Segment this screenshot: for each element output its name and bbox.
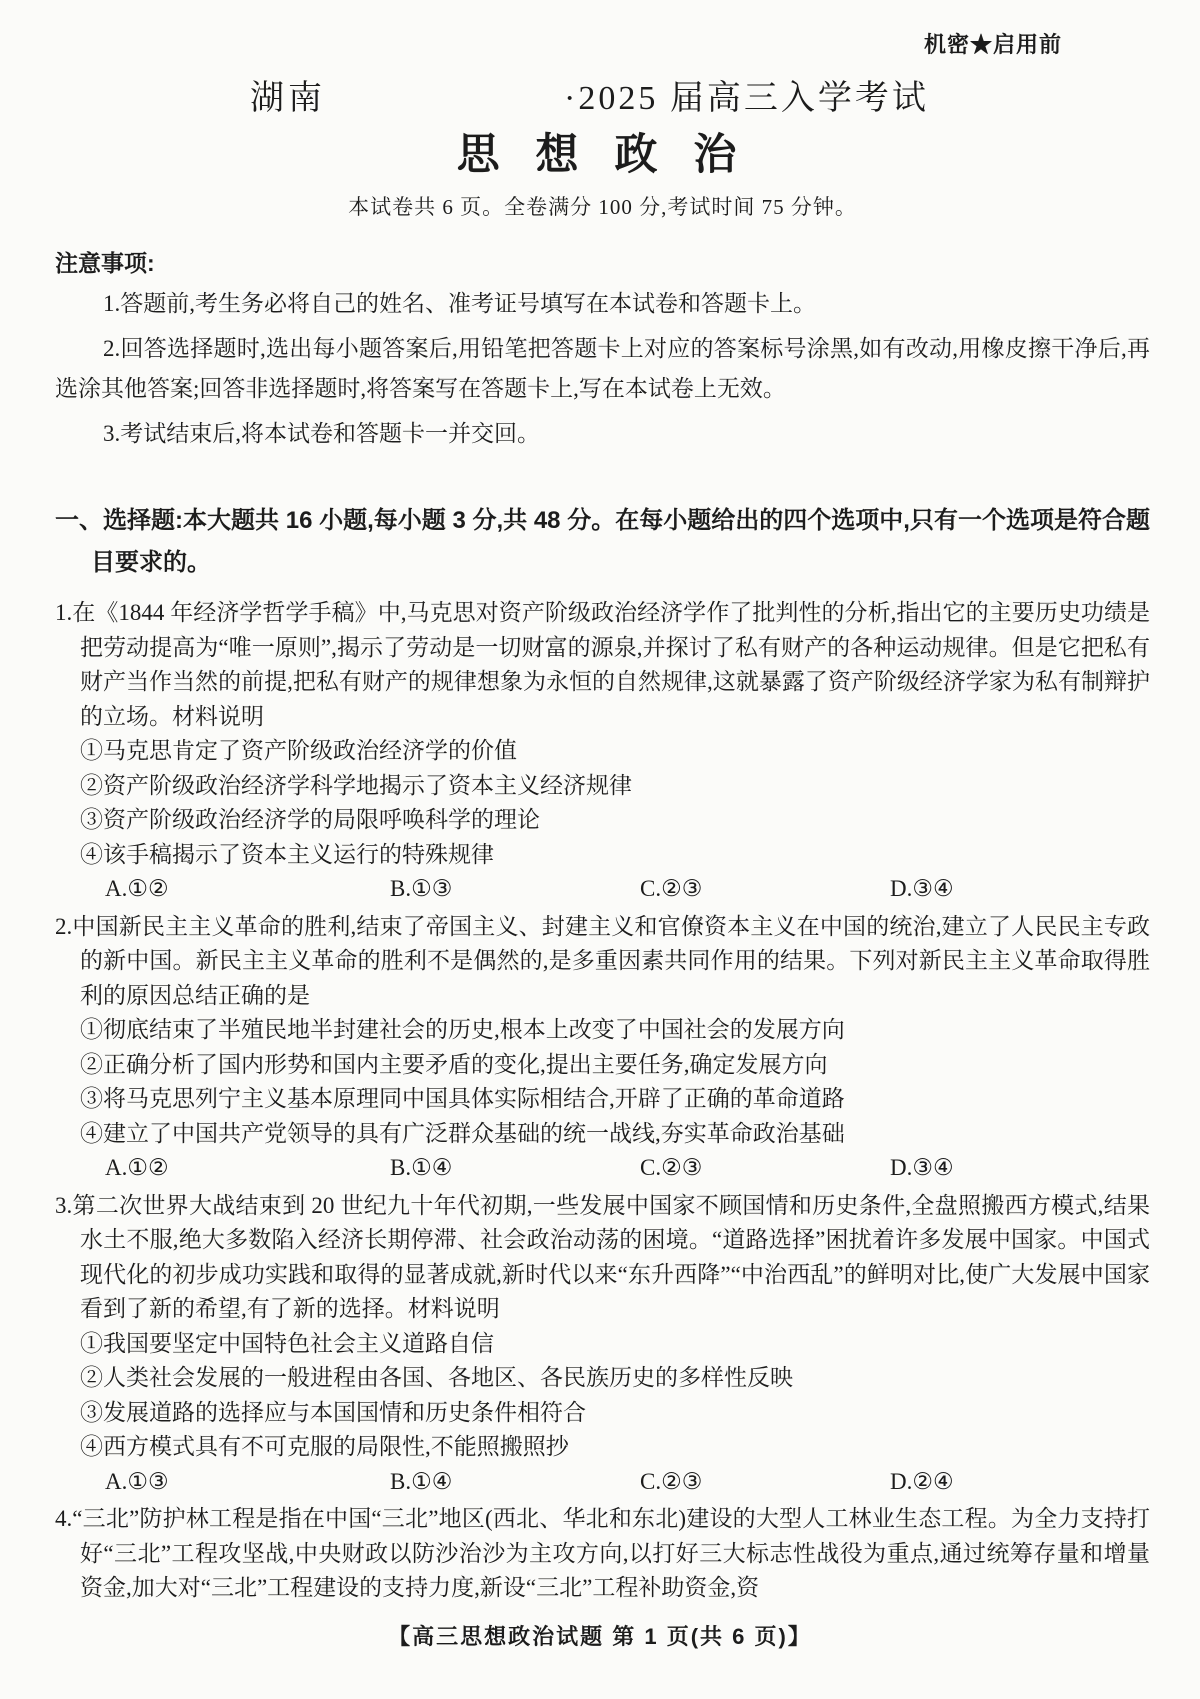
question-1-statement-3: ③资产阶级政治经济学的局限呼唤科学的理论 <box>80 803 1150 838</box>
question-3-option-a: A.①③ <box>105 1465 390 1500</box>
exam-title-row: 湖南 ·2025 届高三入学考试 <box>55 77 1150 121</box>
exam-paper-page: 机密★启用前 湖南 ·2025 届高三入学考试 思 想 政 治 本试卷共 6 页… <box>0 0 1200 1699</box>
notice-section: 注意事项: 1.答题前,考生务必将自己的姓名、准考证号填写在本试卷和答题卡上。 … <box>55 247 1150 454</box>
question-4: 4.“三北”防护林工程是指在中国“三北”地区(西北、华北和东北)建设的大型人工林… <box>55 1502 1150 1606</box>
question-2-statement-2: ②正确分析了国内形势和国内主要矛盾的变化,提出主要任务,确定发展方向 <box>80 1048 1150 1083</box>
notice-item-1: 1.答题前,考生务必将自己的姓名、准考证号填写在本试卷和答题卡上。 <box>55 284 1150 324</box>
question-list: 1.在《1844 年经济学哲学手稿》中,马克思对资产阶级政治经济学作了批判性的分… <box>55 596 1150 1606</box>
section-heading: 一、选择题:本大题共 16 小题,每小题 3 分,共 48 分。在每小题给出的四… <box>55 500 1150 584</box>
question-3: 3.第二次世界大战结束到 20 世纪九十年代初期,一些发展中国家不顾国情和历史条… <box>55 1189 1150 1500</box>
question-2-statement-4: ④建立了中国共产党领导的具有广泛群众基础的统一战线,夯实革命政治基础 <box>80 1117 1150 1152</box>
question-1-option-b: B.①③ <box>390 872 640 907</box>
exam-region: 湖南 <box>250 77 326 121</box>
question-2: 2.中国新民主主义革命的胜利,结束了帝国主义、封建主义和官僚资本主义在中国的统治… <box>55 910 1150 1186</box>
question-3-statement-4: ④西方模式具有不可克服的局限性,不能照搬照抄 <box>80 1430 1150 1465</box>
question-1-statement-1: ①马克思肯定了资产阶级政治经济学的价值 <box>80 734 1150 769</box>
question-2-statement-1: ①彻底结束了半殖民地半封建社会的历史,根本上改变了中国社会的发展方向 <box>80 1013 1150 1048</box>
question-3-option-b: B.①④ <box>390 1465 640 1500</box>
question-1-option-c: C.②③ <box>640 872 890 907</box>
question-2-stem: 2.中国新民主主义革命的胜利,结束了帝国主义、封建主义和官僚资本主义在中国的统治… <box>55 910 1150 1014</box>
question-1-option-a: A.①② <box>105 872 390 907</box>
question-1: 1.在《1844 年经济学哲学手稿》中,马克思对资产阶级政治经济学作了批判性的分… <box>55 596 1150 907</box>
question-2-statement-3: ③将马克思列宁主义基本原理同中国具体实际相结合,开辟了正确的革命道路 <box>80 1082 1150 1117</box>
question-3-stem: 3.第二次世界大战结束到 20 世纪九十年代初期,一些发展中国家不顾国情和历史条… <box>55 1189 1150 1327</box>
notice-heading: 注意事项: <box>55 247 1150 279</box>
question-1-statement-2: ②资产阶级政治经济学科学地揭示了资本主义经济规律 <box>80 769 1150 804</box>
confidential-label: 机密★启用前 <box>55 28 1150 59</box>
question-2-option-b: B.①④ <box>390 1151 640 1186</box>
question-1-statement-4: ④该手稿揭示了资本主义运行的特殊规律 <box>80 838 1150 873</box>
exam-session: ·2025 届高三入学考试 <box>564 77 929 121</box>
notice-item-2: 2.回答选择题时,选出每小题答案后,用铅笔把答题卡上对应的答案标号涂黑,如有改动… <box>55 329 1150 409</box>
question-2-option-c: C.②③ <box>640 1151 890 1186</box>
question-3-statement-1: ①我国要坚定中国特色社会主义道路自信 <box>80 1327 1150 1362</box>
question-3-statement-3: ③发展道路的选择应与本国国情和历史条件相符合 <box>80 1396 1150 1431</box>
paper-info: 本试卷共 6 页。全卷满分 100 分,考试时间 75 分钟。 <box>55 191 1150 221</box>
subject-title: 思 想 政 治 <box>55 129 1150 181</box>
question-3-option-d: D.②④ <box>890 1465 1150 1500</box>
question-3-statement-2: ②人类社会发展的一般进程由各国、各地区、各民族历史的多样性反映 <box>80 1361 1150 1396</box>
question-3-option-c: C.②③ <box>640 1465 890 1500</box>
question-2-option-a: A.①② <box>105 1151 390 1186</box>
question-1-option-d: D.③④ <box>890 872 1150 907</box>
question-4-stem: 4.“三北”防护林工程是指在中国“三北”地区(西北、华北和东北)建设的大型人工林… <box>55 1502 1150 1606</box>
question-1-stem: 1.在《1844 年经济学哲学手稿》中,马克思对资产阶级政治经济学作了批判性的分… <box>55 596 1150 734</box>
page-footer: 【高三思想政治试题 第 1 页(共 6 页)】 <box>0 1620 1200 1651</box>
question-2-options: A.①② B.①④ C.②③ D.③④ <box>105 1151 1150 1186</box>
notice-item-3: 3.考试结束后,将本试卷和答题卡一并交回。 <box>55 414 1150 454</box>
question-2-option-d: D.③④ <box>890 1151 1150 1186</box>
question-3-options: A.①③ B.①④ C.②③ D.②④ <box>105 1465 1150 1500</box>
question-1-options: A.①② B.①③ C.②③ D.③④ <box>105 872 1150 907</box>
